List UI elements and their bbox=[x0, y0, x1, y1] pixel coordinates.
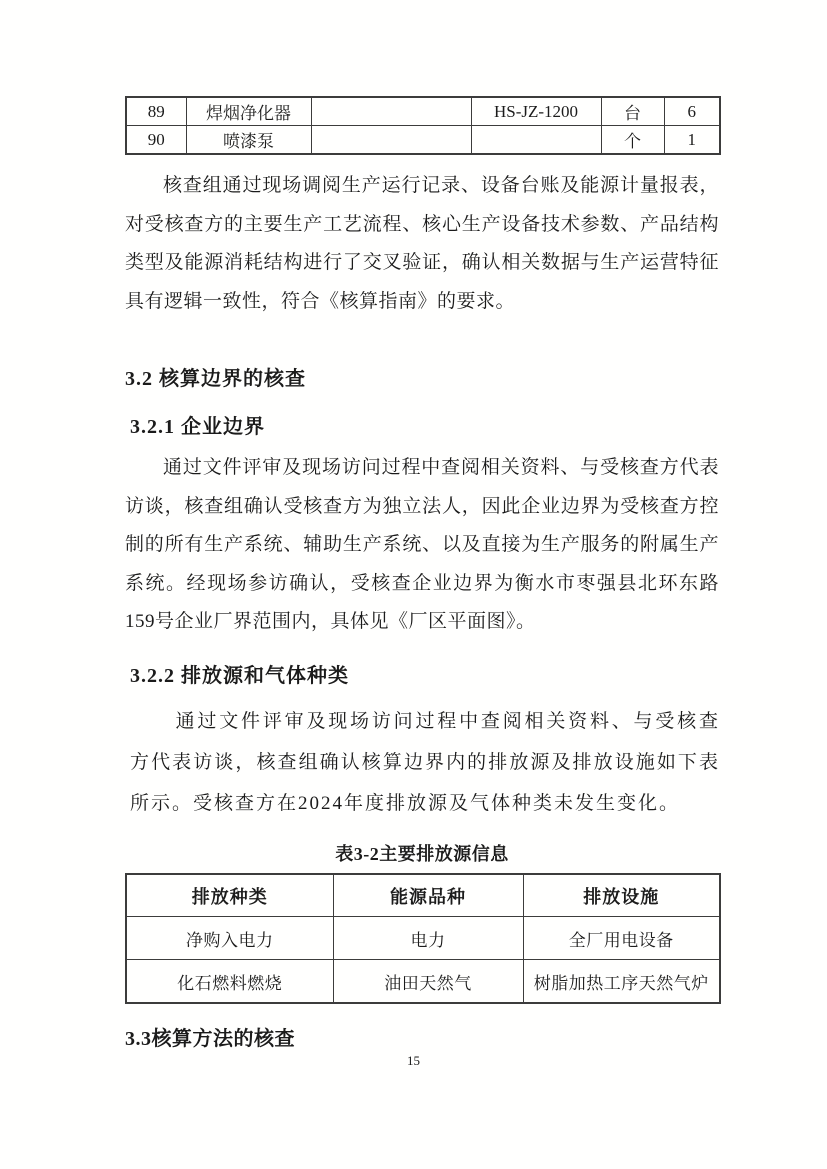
emission-table-header-type: 排放种类 bbox=[126, 874, 333, 917]
emission-type: 净购入电力 bbox=[126, 917, 333, 960]
equipment-name: 喷漆泵 bbox=[186, 126, 311, 155]
equipment-name: 焊烟净化器 bbox=[186, 97, 311, 126]
emission-facility: 全厂用电设备 bbox=[523, 917, 720, 960]
equipment-spec bbox=[311, 97, 471, 126]
equipment-spec bbox=[311, 126, 471, 155]
paragraph-enterprise-boundary: 通过文件评审及现场访问过程中查阅相关资料、与受核查方代表访谈，核查组确认受核查方… bbox=[125, 449, 719, 642]
emission-table-header-facility: 排放设施 bbox=[523, 874, 720, 917]
emission-table-header-energy: 能源品种 bbox=[333, 874, 523, 917]
paragraph-crosscheck: 核查组通过现场调阅生产运行记录、设备台账及能源计量报表，对受核查方的主要生产工艺… bbox=[125, 167, 719, 321]
equipment-qty: 6 bbox=[664, 97, 720, 126]
emission-facility: 树脂加热工序天然气炉 bbox=[523, 960, 720, 1004]
paragraph-emission-sources: 通过文件评审及现场访问过程中查阅相关资料、与受核查方代表访谈，核查组确认核算边界… bbox=[130, 701, 720, 824]
emission-table-row: 净购入电力 电力 全厂用电设备 bbox=[126, 917, 720, 960]
equipment-row: 90 喷漆泵 个 1 bbox=[126, 126, 720, 155]
equipment-table: 89 焊烟净化器 HS-JZ-1200 台 6 90 喷漆泵 个 1 bbox=[125, 96, 721, 155]
energy-kind: 油田天然气 bbox=[333, 960, 523, 1004]
emission-type: 化石燃料燃烧 bbox=[126, 960, 333, 1004]
equipment-model bbox=[471, 126, 601, 155]
equipment-no: 89 bbox=[126, 97, 186, 126]
section-heading-3-3: 3.3核算方法的核查 bbox=[125, 1022, 295, 1051]
emission-source-table: 排放种类 能源品种 排放设施 净购入电力 电力 全厂用电设备 化石燃料燃烧 油田… bbox=[125, 873, 721, 1004]
emission-table-row: 化石燃料燃烧 油田天然气 树脂加热工序天然气炉 bbox=[126, 960, 720, 1004]
equipment-qty: 1 bbox=[664, 126, 720, 155]
equipment-model: HS-JZ-1200 bbox=[471, 97, 601, 126]
equipment-unit: 个 bbox=[601, 126, 664, 155]
equipment-row: 89 焊烟净化器 HS-JZ-1200 台 6 bbox=[126, 97, 720, 126]
emission-table-header-row: 排放种类 能源品种 排放设施 bbox=[126, 874, 720, 917]
page-number: 15 bbox=[0, 1053, 827, 1069]
section-heading-3-2-2: 3.2.2 排放源和气体种类 bbox=[130, 659, 349, 688]
equipment-no: 90 bbox=[126, 126, 186, 155]
section-heading-3-2: 3.2 核算边界的核查 bbox=[125, 362, 306, 391]
equipment-unit: 台 bbox=[601, 97, 664, 126]
energy-kind: 电力 bbox=[333, 917, 523, 960]
document-page: 89 焊烟净化器 HS-JZ-1200 台 6 90 喷漆泵 个 1 核查组通过… bbox=[0, 0, 827, 1169]
table-3-2-title: 表3-2主要排放源信息 bbox=[125, 840, 719, 866]
section-heading-3-2-1: 3.2.1 企业边界 bbox=[130, 410, 265, 439]
